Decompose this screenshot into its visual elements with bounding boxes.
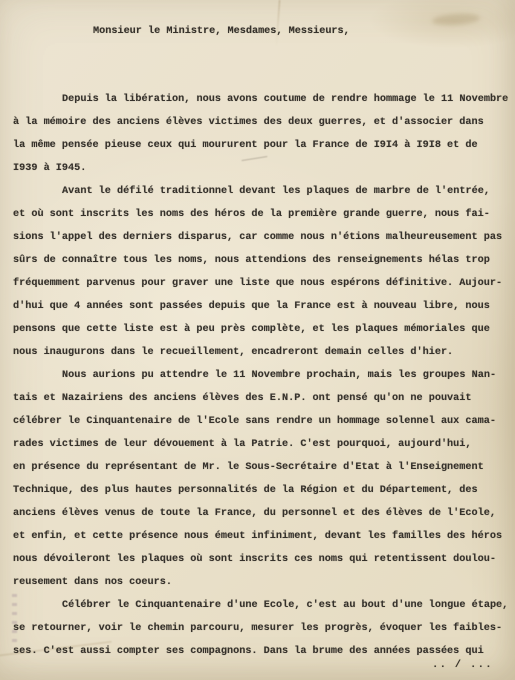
text-line: nous inaugurons dans le recueillement, e… — [13, 341, 507, 364]
typewritten-page-scan: Monsieur le Ministre, Mesdames, Messieur… — [0, 0, 515, 680]
text-line: sions l'appel des derniers disparus, car… — [13, 226, 507, 249]
text-line: anciens élèves venus de toute la France,… — [13, 502, 507, 525]
paragraph: Nous aurions pu attendre le 11 Novembre … — [13, 364, 507, 594]
paper-stain — [432, 12, 481, 26]
text-line: tais et Nazairiens des anciens élèves de… — [13, 387, 507, 410]
text-line: reusement dans nos coeurs. — [13, 571, 507, 594]
text-line: célébrer le Cinquantenaire de l'Ecole sa… — [13, 410, 507, 433]
text-line: sûrs de connaître tous les noms, nous at… — [13, 249, 507, 272]
text-line: rades victimes de leur dévouement à la P… — [13, 433, 507, 456]
text-line: et où sont inscrits les noms des héros d… — [13, 203, 507, 226]
text-line: fréquemment parvenus pour graver une lis… — [13, 272, 507, 295]
paragraph: Depuis la libération, nous avons coutume… — [13, 88, 507, 180]
salutation-line: Monsieur le Ministre, Mesdames, Messieur… — [93, 20, 350, 43]
text-line: Célébrer le Cinquantenaire d'une Ecole, … — [13, 594, 507, 617]
text-line: se retourner, voir le chemin parcouru, m… — [13, 617, 507, 640]
text-line: Technique, des plus hautes personnalités… — [13, 479, 507, 502]
text-line: et enfin, et cette présence nous émeut i… — [13, 525, 507, 548]
text-line: nous dévoileront les plaques où sont ins… — [13, 548, 507, 571]
text-line: Nous aurions pu attendre le 11 Novembre … — [13, 364, 507, 387]
text-line: la même pensée pieuse ceux qui moururent… — [13, 134, 507, 157]
paragraph: Célébrer le Cinquantenaire d'une Ecole, … — [13, 594, 507, 663]
text-line: Avant le défilé traditionnel devant les … — [13, 180, 507, 203]
text-line: I939 à I945. — [13, 157, 507, 180]
text-line: d'hui que 4 années sont passées depuis q… — [13, 295, 507, 318]
text-line: Depuis la libération, nous avons coutume… — [13, 88, 507, 111]
text-line: à la mémoire des anciens élèves victimes… — [13, 111, 507, 134]
text-line: pensons que cette liste est à peu près c… — [13, 318, 507, 341]
document-body: Depuis la libération, nous avons coutume… — [13, 88, 507, 663]
page-continuation-mark: .. / ... — [432, 654, 493, 677]
text-line: en présence du représentant de Mr. le So… — [13, 456, 507, 479]
paragraph: Avant le défilé traditionnel devant les … — [13, 180, 507, 364]
